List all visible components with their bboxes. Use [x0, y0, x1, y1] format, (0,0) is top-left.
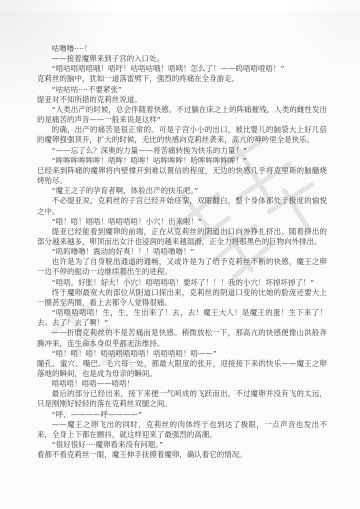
- paragraph: “呼、————呼————”: [37, 410, 327, 420]
- paragraph: 缇亚已经能看到魔卵的前端，正在从克莉丝的阴道出口向外挣扎挤出。随着挤出的部分越来…: [37, 227, 327, 247]
- paragraph: “唔咕唔唔唔哦！唔吁！咕唔咕哦！唔咦！怎么了！——呜唔唔噔唔！”: [37, 64, 327, 74]
- document-page: 咕噜噜····！——接着魔卵来到子宫的入口处。“唔咕唔唔唔哦！唔吁！咕唔咕哦！唔…: [0, 0, 360, 509]
- paragraph: ——魔王之卵飞出的同时，克莉丝的肉体终于也到达了极限，一点声音也发出不来，全身上…: [37, 420, 327, 440]
- novel-text-body: 咕噜噜····！——接着魔卵来到子宫的入口处。“唔咕唔唔唔哦！唔吁！咕唔咕哦！唔…: [0, 0, 360, 460]
- paragraph: “哞哞哞哞哞哞！唔哞！唔哞！咕哞哞哞！哈哞哞哞哞哞！”: [37, 156, 327, 166]
- paragraph: “魔王之子的孕育者啊，体验出产的快乐吧。”: [37, 186, 327, 196]
- paragraph: “——忘了么？深奥的力量——将苦痛转换为快乐的力量！”: [37, 146, 327, 156]
- paragraph: “呜呜噜噜！震动的好爽！！！唔唔噜噜！”: [37, 247, 327, 257]
- paragraph: 终于魔卵最宽大的部位从阴道口探出来，克莉丝的阴道口变的比她的脸庞还要大上一圈甚至…: [37, 288, 327, 308]
- paragraph: “唔！唔！唔！唔唔唔唔唔唔！唔唔唔唔！唔——”: [37, 349, 327, 359]
- paragraph: 瞳孔、蜜穴、嘴巴、毛穴每一处，都最大限度的张开，迎接接下来的快乐——魔王之卵落地…: [37, 359, 327, 379]
- paragraph: “咕咕咕····不要紧张”: [37, 85, 327, 95]
- paragraph: 咕噜噜····！: [37, 44, 327, 54]
- paragraph: “人类出产的时候，总会伴随着快感。不过躺在床之上的阵痛摧残，人类的雌性发出的是痛…: [37, 105, 327, 125]
- paragraph: “唔！唔！唔唔！唔唔唔唔！小穴！出来啦！”: [37, 217, 327, 227]
- paragraph: 看都不看克莉丝一眼，魔王伸手抚摸着魔卵，确认着它的情况。: [37, 450, 327, 460]
- paragraph: 的确，出产的痛苦是很正常的。可是子宫小小的出口，被比婴儿的脑袋大上好几倍的魔卵强…: [37, 125, 327, 145]
- paragraph: 唔唔唔！唔唔——唔唔！: [37, 379, 327, 389]
- paragraph: 已经来到阵痛的魔卵将内壁撑开到难以置信的程度，无边的快感几乎将克里斯的脑髓烧烤殆…: [37, 166, 327, 186]
- paragraph: 克莉丝的脑中，犹如一道落雷劈下，强烈的疼痛在全身游走。: [37, 74, 327, 84]
- paragraph: 也许是为了自身脱出通道的通畅，又或许是为了给予克莉丝不断的快感，魔王之卵一边不停…: [37, 257, 327, 277]
- paragraph: 缇亚对不知所措的克莉丝说道。: [37, 95, 327, 105]
- paragraph: 最后的部分已经出来，接下来便一气呵成的飞跃而出。不过魔卵并没有飞的太远，只是刚刚…: [37, 389, 327, 409]
- paragraph: 不必缇亚说，克莉丝的子宫已经开始痉挛，双眼翻白，整个身体都处于极度的愉悦之中。: [37, 196, 327, 216]
- paragraph: ——接着魔卵来到子宫的入口处。: [37, 54, 327, 64]
- paragraph: “很好很好····魔卵看来没有问题。”: [37, 440, 327, 450]
- paragraph: “唔唔唔唔唔！生，生，生出来了！去，去！魔王大人！是魔王的蛋！生下来了！去、去了…: [37, 308, 327, 328]
- paragraph: ——折磨克莉丝的不是苦痛而是快感。稍微放松一下，那高亢的快感便像山洪般奔腾冲来，…: [37, 328, 327, 348]
- paragraph: “唔唔，好胀！好大！小穴！唔唔唔唔！要坏了！！！我的小穴！坏掉坏掉了！”: [37, 278, 327, 288]
